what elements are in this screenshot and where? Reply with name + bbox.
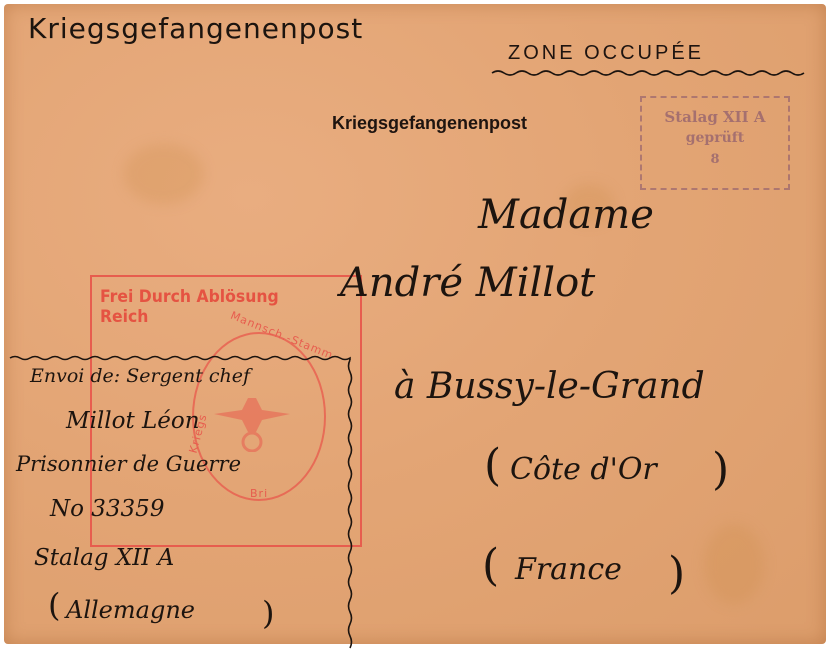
sender-line2: Millot Léon (66, 408, 200, 434)
country-close-paren: ) (668, 548, 685, 599)
sender-line6-open-paren: ( (48, 586, 60, 624)
recipient-name: André Millot (340, 260, 595, 306)
recipient-town: à Bussy-le-Grand (394, 366, 705, 407)
region-open-paren: ( (484, 440, 501, 491)
sender-line3: Prisonnier de Guerre (16, 452, 241, 476)
sender-line6: Allemagne (66, 596, 195, 624)
sender-line5: Stalag XII A (34, 545, 174, 571)
recipient-country: France (515, 552, 622, 587)
sender-line1: Envoi de: Sergent chef (30, 365, 250, 387)
sender-line6-close-paren: ) (262, 594, 274, 632)
region-close-paren: ) (712, 444, 729, 495)
country-open-paren: ( (482, 540, 499, 591)
sender-line4: No 33359 (50, 496, 164, 522)
recipient-salutation: Madame (478, 192, 654, 238)
recipient-region: Côte d'Or (510, 452, 657, 487)
